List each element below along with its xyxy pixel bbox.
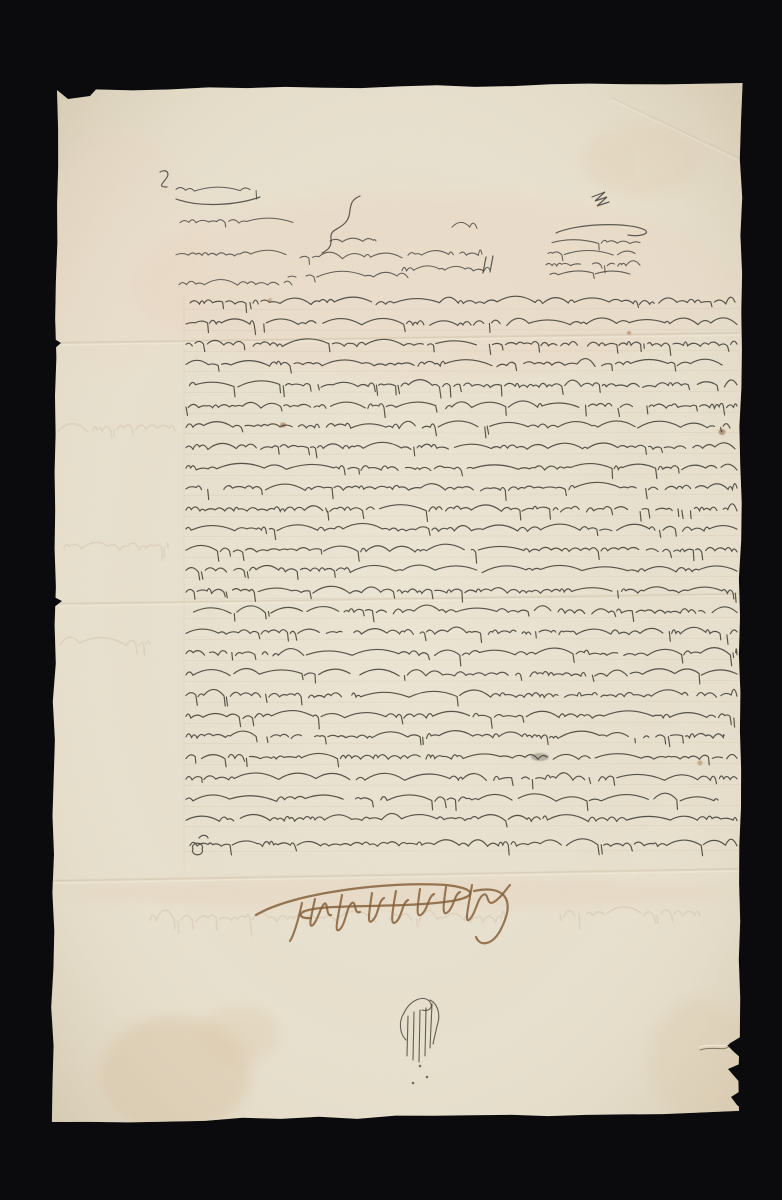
monogram-dot — [426, 1076, 429, 1079]
monogram-dot — [419, 1065, 422, 1068]
foxing-spot — [698, 761, 703, 766]
stain-patch — [200, 1005, 280, 1065]
stain-patch — [580, 125, 700, 195]
monogram-dot — [412, 1082, 415, 1085]
photograph-of-manuscript — [0, 0, 782, 1200]
manuscript-scene — [0, 0, 782, 1200]
